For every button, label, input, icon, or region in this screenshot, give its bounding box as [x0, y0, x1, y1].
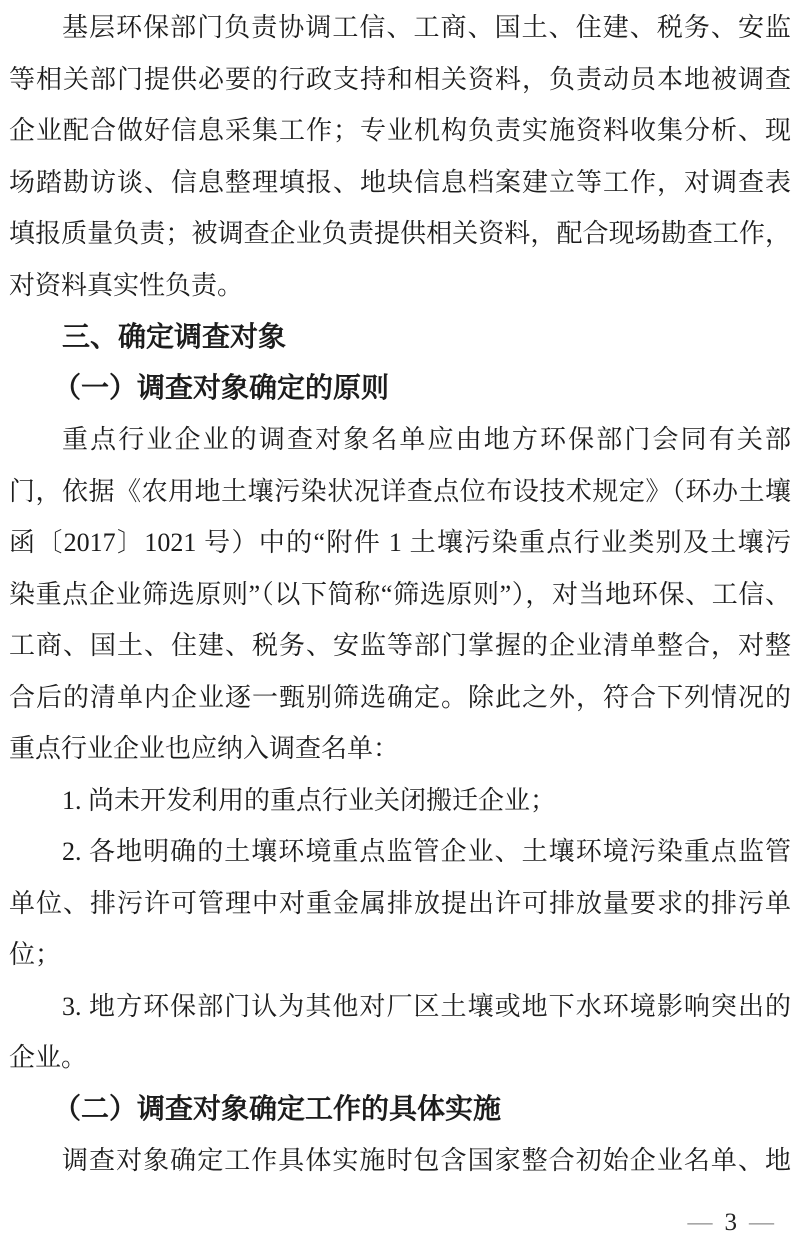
paragraph-line: 函〔2017〕1021 号）中的“附件 1 土壤污染重点行业类别及土壤污 [9, 517, 791, 569]
paragraph-line: 重点行业企业的调查对象名单应由地方环保部门会同有关部 [9, 414, 791, 466]
list-item-line: 2. 各地明确的土壤环境重点监管企业、土壤环境污染重点监管 [9, 826, 791, 878]
section-heading: 三、确定调查对象 [9, 311, 791, 363]
paragraph-line: 对资料真实性负责。 [9, 260, 791, 312]
document-page: 基层环保部门负责协调工信、工商、国土、住建、税务、安监 等相关部门提供必要的行政… [0, 0, 800, 1251]
paragraph-line: 合后的清单内企业逐一甄别筛选确定。除此之外，符合下列情况的 [9, 672, 791, 724]
list-item-line: 企业。 [9, 1032, 791, 1084]
page-number: 3 [725, 1209, 738, 1236]
paragraph-line: 场踏勘访谈、信息整理填报、地块信息档案建立等工作，对调查表 [9, 157, 791, 209]
subsection-heading: （二）调查对象确定工作的具体实施 [9, 1084, 791, 1136]
footer-dash-right: — [737, 1209, 786, 1236]
footer-dash-left: — [676, 1209, 725, 1236]
document-body: 基层环保部门负责协调工信、工商、国土、住建、税务、安监 等相关部门提供必要的行政… [9, 2, 791, 1187]
subsection-heading: （一）调查对象确定的原则 [9, 363, 791, 415]
paragraph-line: 填报质量负责；被调查企业负责提供相关资料，配合现场勘查工作， [9, 208, 791, 260]
paragraph-line: 等相关部门提供必要的行政支持和相关资料，负责动员本地被调查 [9, 54, 791, 106]
page-footer: —3— [676, 1208, 787, 1238]
list-item-line: 1. 尚未开发利用的重点行业关闭搬迁企业； [9, 775, 791, 827]
paragraph-line: 工商、国土、住建、税务、安监等部门掌握的企业清单整合，对整 [9, 620, 791, 672]
paragraph-line: 染重点企业筛选原则”（以下简称“筛选原则”），对当地环保、工信、 [9, 569, 791, 621]
paragraph-line: 调查对象确定工作具体实施时包含国家整合初始企业名单、地 [9, 1135, 791, 1187]
paragraph-line: 企业配合做好信息采集工作；专业机构负责实施资料收集分析、现 [9, 105, 791, 157]
list-item-line: 3. 地方环保部门认为其他对厂区土壤或地下水环境影响突出的 [9, 981, 791, 1033]
paragraph-line: 门，依据《农用地土壤污染状况详查点位布设技术规定》（环办土壤 [9, 466, 791, 518]
paragraph-line: 重点行业企业也应纳入调查名单： [9, 723, 791, 775]
list-item-line: 单位、排污许可管理中对重金属排放提出许可排放量要求的排污单 [9, 878, 791, 930]
paragraph-line: 基层环保部门负责协调工信、工商、国土、住建、税务、安监 [9, 2, 791, 54]
list-item-line: 位； [9, 929, 791, 981]
